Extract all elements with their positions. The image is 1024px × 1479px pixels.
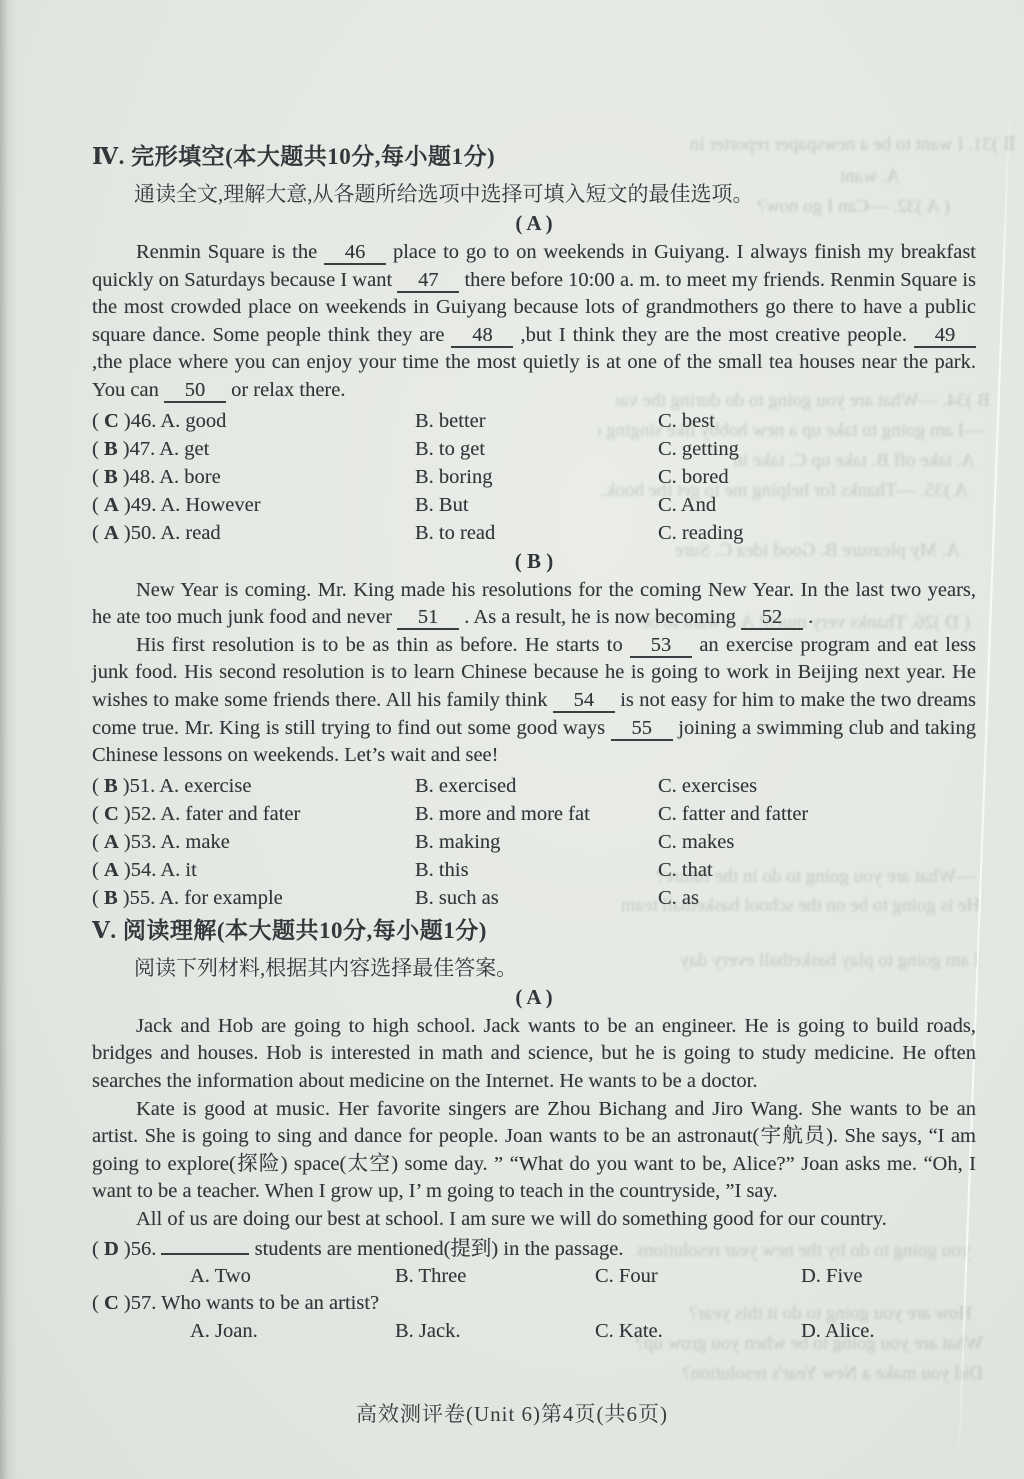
- answer-blank: [161, 1235, 249, 1255]
- answer-letter: A: [104, 494, 119, 516]
- question-row-51: ( B )51. A. exerciseB. exercisedC. exerc…: [92, 772, 976, 800]
- option-cell-c: C. makes: [658, 828, 976, 856]
- question-row-46: ( C )46. A. goodB. betterC. best: [92, 407, 976, 435]
- option-cell-a: ( B )48. A. bore: [92, 463, 415, 491]
- cloze-blank-51: 51: [397, 607, 459, 630]
- answer-letter: A: [104, 859, 119, 881]
- option-cell-b: B. better: [415, 407, 658, 435]
- option-cell-c: C. exercises: [658, 772, 976, 800]
- option-cell-a: A. Two: [190, 1263, 395, 1291]
- option-cell-a: ( A )53. A. make: [92, 828, 415, 856]
- passage-paragraph: All of us are doing our best at school. …: [92, 1206, 976, 1234]
- option-cell-b: B. to get: [415, 435, 658, 463]
- passage-paragraph: Renmin Square is the 46 place to go to o…: [92, 239, 976, 405]
- reading-part-a-label: ( A ): [92, 985, 976, 1010]
- page-content: Ⅳ. 完形填空(本大题共10分,每小题1分) 通读全文,理解大意,从各题所给选项…: [92, 138, 976, 1345]
- option-cell-a: ( A )54. A. it: [92, 856, 415, 884]
- option-cell-b: B. this: [415, 856, 658, 884]
- cloze-questions-b: ( B )51. A. exerciseB. exercisedC. exerc…: [92, 772, 976, 912]
- option-cell-a: A. Joan.: [190, 1318, 395, 1346]
- answer-letter: C: [104, 1292, 119, 1314]
- passage-paragraph: Kate is good at music. Her favorite sing…: [92, 1096, 976, 1206]
- option-cell-a: ( B )47. A. get: [92, 435, 415, 463]
- answer-letter: B: [104, 775, 118, 797]
- passage-paragraph: New Year is coming. Mr. King made his re…: [92, 577, 976, 632]
- question-options-57: A. Joan.B. Jack.C. Kate.D. Alice.: [92, 1318, 976, 1346]
- question-row-50: ( A )50. A. readB. to readC. reading: [92, 519, 976, 547]
- cloze-blank-48: 48: [451, 325, 513, 348]
- bleedthrough-text: Did you make a New Year's resolution?: [598, 1363, 983, 1385]
- answer-letter: A: [104, 831, 119, 853]
- section-v-title: Ⅴ. 阅读理解(本大题共10分,每小题1分): [92, 912, 976, 945]
- cloze-blank-55: 55: [611, 718, 673, 741]
- option-cell-c: C. that: [658, 856, 976, 884]
- option-cell-a: ( A )50. A. read: [92, 519, 415, 547]
- option-cell-d: D. Five: [801, 1263, 976, 1291]
- section-iv-instruction: 通读全文,理解大意,从各题所给选项中选择可填入短文的最佳选项。: [134, 178, 976, 208]
- cloze-blank-47: 47: [397, 270, 459, 293]
- option-cell-a: ( C )52. A. fater and fater: [92, 800, 415, 828]
- option-cell-a: ( B )55. A. for example: [92, 884, 415, 912]
- question-row-48: ( B )48. A. boreB. boringC. bored: [92, 463, 976, 491]
- cloze-blank-49: 49: [914, 325, 976, 348]
- cloze-passage-b: New Year is coming. Mr. King made his re…: [92, 577, 976, 770]
- answer-letter: C: [104, 803, 119, 825]
- option-cell-c: C. getting: [658, 435, 976, 463]
- section-v-instruction: 阅读下列材料,根据其内容选择最佳答案。: [134, 952, 976, 982]
- cloze-questions-a: ( C )46. A. goodB. betterC. best( B )47.…: [92, 407, 976, 547]
- question-options-56: A. TwoB. ThreeC. FourD. Five: [92, 1263, 976, 1291]
- question-row-49: ( A )49. A. HoweverB. ButC. And: [92, 491, 976, 519]
- question-stem-56: ( D )56. students are mentioned(提到) in t…: [92, 1235, 976, 1263]
- reading-questions-a: ( D )56. students are mentioned(提到) in t…: [92, 1235, 976, 1345]
- option-cell-b: B. exercised: [415, 772, 658, 800]
- question-row-55: ( B )55. A. for exampleB. such asC. as: [92, 884, 976, 912]
- option-cell-a: ( A )49. A. However: [92, 491, 415, 519]
- cloze-part-a-label: ( A ): [92, 211, 976, 236]
- cloze-blank-46: 46: [324, 242, 386, 265]
- answer-letter: C: [104, 410, 119, 432]
- option-cell-a: ( B )51. A. exercise: [92, 772, 415, 800]
- passage-paragraph: Jack and Hob are going to high school. J…: [92, 1013, 976, 1096]
- passage-paragraph: His first resolution is to be as thin as…: [92, 632, 976, 770]
- option-cell-b: B. to read: [415, 519, 658, 547]
- option-cell-c: C. as: [658, 884, 976, 912]
- option-cell-c: C. fatter and fatter: [658, 800, 976, 828]
- question-row-53: ( A )53. A. makeB. makingC. makes: [92, 828, 976, 856]
- option-cell-b: B. making: [415, 828, 658, 856]
- question-row-52: ( C )52. A. fater and faterB. more and m…: [92, 800, 976, 828]
- cloze-blank-54: 54: [553, 690, 615, 713]
- answer-letter: D: [104, 1238, 119, 1260]
- option-cell-b: B. more and more fat: [415, 800, 658, 828]
- option-cell-b: B. But: [415, 491, 658, 519]
- answer-letter: A: [104, 522, 119, 544]
- option-cell-c: C. best: [658, 407, 976, 435]
- cloze-blank-53: 53: [630, 635, 692, 658]
- page-footer: 高效测评卷(Unit 6)第4页(共6页): [0, 1398, 1024, 1428]
- cloze-passage-a: Renmin Square is the 46 place to go to o…: [92, 239, 976, 405]
- option-cell-c: C. Four: [595, 1263, 801, 1291]
- option-cell-c: C. And: [658, 491, 976, 519]
- option-cell-b: B. such as: [415, 884, 658, 912]
- option-cell-c: C. Kate.: [595, 1318, 801, 1346]
- option-cell-b: B. boring: [415, 463, 658, 491]
- option-cell-c: C. bored: [658, 463, 976, 491]
- question-stem-57: ( C )57. Who wants to be an artist?: [92, 1290, 976, 1318]
- answer-letter: B: [104, 887, 118, 909]
- option-cell-a: ( C )46. A. good: [92, 407, 415, 435]
- question-row-54: ( A )54. A. itB. thisC. that: [92, 856, 976, 884]
- section-iv-title: Ⅳ. 完形填空(本大题共10分,每小题1分): [92, 138, 976, 171]
- option-cell-d: D. Alice.: [801, 1318, 976, 1346]
- option-cell-c: C. reading: [658, 519, 976, 547]
- scanned-exam-page: Ⅱ )31. I want to be a newspaper reporter…: [0, 0, 1024, 1479]
- reading-passage-a: Jack and Hob are going to high school. J…: [92, 1013, 976, 1234]
- answer-letter: B: [104, 438, 118, 460]
- answer-letter: B: [104, 466, 118, 488]
- option-cell-b: B. Jack.: [395, 1318, 595, 1346]
- cloze-part-b-label: ( B ): [92, 549, 976, 574]
- option-cell-b: B. Three: [395, 1263, 595, 1291]
- cloze-blank-52: 52: [741, 607, 803, 630]
- question-row-47: ( B )47. A. getB. to getC. getting: [92, 435, 976, 463]
- cloze-blank-50: 50: [164, 380, 226, 403]
